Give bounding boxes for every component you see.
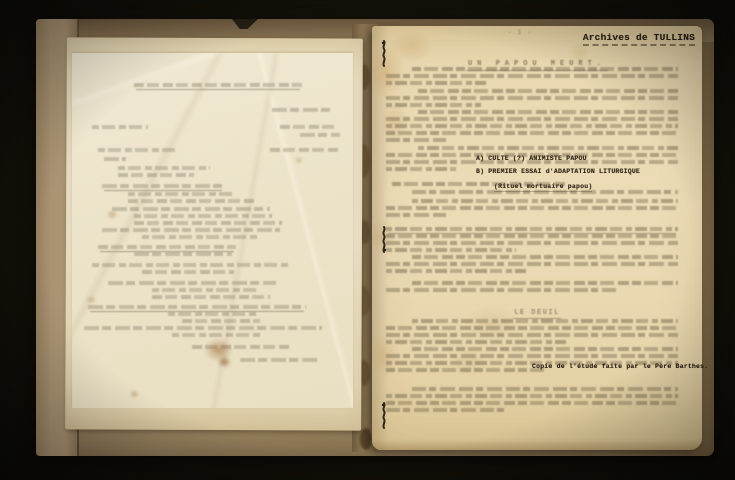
faint-text-line: [142, 270, 234, 274]
faint-text-line: [386, 167, 456, 171]
faint-text-line: [272, 108, 334, 112]
faint-text-line: [300, 133, 340, 137]
faint-text-line: [386, 326, 678, 330]
faint-text-line: [386, 262, 678, 266]
faint-text-line: [168, 312, 256, 316]
faint-text-line: [134, 252, 232, 256]
faint-text-line: [128, 192, 236, 196]
stain: [360, 428, 372, 450]
faint-text-line: [386, 241, 678, 245]
faint-text-line: [386, 138, 446, 142]
faint-text-line: [418, 110, 678, 114]
page-number: - 1 -: [490, 29, 550, 36]
faint-text-line: [172, 333, 260, 337]
section-b-subtitle: (Rituel mortuaire papou): [494, 183, 592, 192]
faint-text-line: [102, 184, 224, 188]
faint-text-line: [418, 146, 678, 150]
faint-text-line: [134, 214, 272, 218]
faint-text-line: [386, 269, 526, 273]
faint-text-line: [112, 207, 270, 211]
faint-text-line: [386, 213, 446, 217]
section-b-title: B) PREMIER ESSAI d'ADAPTATION LITURGIQUE: [476, 168, 640, 175]
faint-text-line: [84, 326, 322, 330]
faint-text-line: [386, 394, 678, 398]
faint-text-line: [412, 387, 678, 391]
faint-text-line: [386, 248, 516, 252]
faint-text-line: [152, 295, 270, 299]
faint-text-line: [386, 117, 678, 121]
faint-text-line: [386, 81, 486, 85]
left-page-sheet: [72, 53, 353, 408]
faint-text-line: [386, 103, 481, 107]
faint-text-line: [412, 347, 678, 351]
faint-text-line: [386, 333, 678, 337]
faint-text-line: [270, 148, 338, 152]
left-page: [65, 37, 363, 430]
faint-text-line: [118, 166, 210, 170]
faint-text-line: [104, 157, 126, 161]
faint-text-line: [412, 319, 678, 323]
faint-text-line: [412, 255, 678, 259]
faint-text-line: [240, 358, 318, 362]
page-heading: UN PAPOU MEURT.: [372, 52, 702, 71]
scanned-document-page: - 1 - Archives de TULLINS UN PAPOU MEURT…: [0, 0, 735, 480]
faint-text-line: [386, 74, 678, 78]
faint-text-line: [142, 235, 260, 239]
right-page: - 1 - Archives de TULLINS UN PAPOU MEURT…: [372, 26, 702, 450]
faint-text-line: [418, 89, 678, 93]
faint-text-line: [412, 281, 678, 285]
faint-text-line: [92, 263, 290, 267]
faint-text-line: [128, 199, 256, 203]
faint-text-line: [386, 368, 546, 372]
faint-text-line: [88, 305, 306, 309]
mid-section-heading: LE DEUIL: [372, 301, 702, 319]
faint-text-line: [118, 173, 194, 177]
faint-text-line: [386, 288, 616, 292]
faint-text-line: [386, 206, 678, 210]
faint-text-line: [92, 125, 148, 129]
section-a-title: A) CULTE (?) ANIMISTE PAPOU: [476, 155, 587, 162]
faint-text-line: [152, 288, 260, 292]
faint-text-line: [280, 125, 338, 129]
faint-text-line: [108, 281, 276, 285]
copy-annotation: Copie de l'étude faite par le Père Barth…: [532, 363, 708, 370]
faint-text-line: [386, 124, 678, 128]
faint-text-line: [386, 96, 678, 100]
faint-text-line: [386, 408, 506, 412]
fastener-icon: [379, 402, 389, 430]
faint-text-line: [102, 228, 280, 232]
faint-text-line: [98, 245, 236, 249]
faint-text-line: [98, 148, 178, 152]
faint-text-line: [386, 227, 678, 231]
faint-text-line: [182, 319, 260, 323]
faint-text-line: [386, 131, 678, 135]
faint-text-line: [412, 199, 678, 203]
faint-text-line: [386, 401, 678, 405]
faint-text-line: [386, 340, 566, 344]
faint-text-line: [386, 354, 678, 358]
faint-text-line: [134, 221, 282, 225]
archive-label: Archives de TULLINS: [583, 32, 695, 46]
faint-text-line: [386, 234, 678, 238]
faint-text-line: [192, 345, 290, 349]
faint-text-line: [134, 83, 302, 87]
